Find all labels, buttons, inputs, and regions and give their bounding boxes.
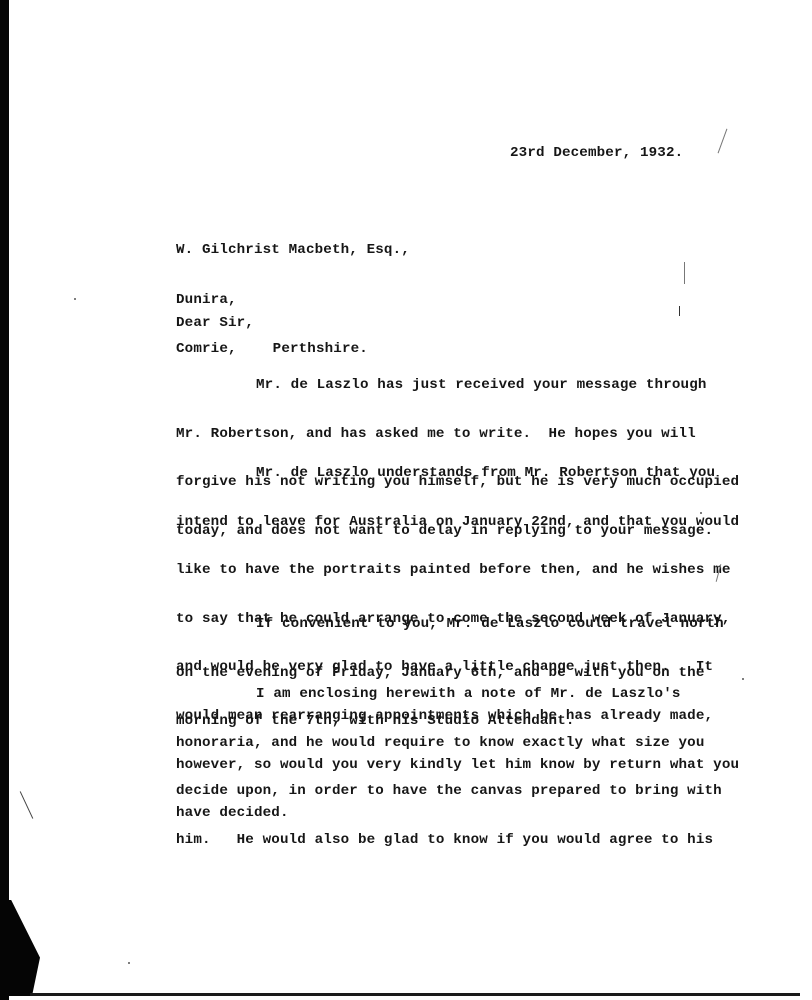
scan-mark (684, 262, 685, 284)
paragraph-line: him. He would also be glad to know if yo… (176, 832, 722, 850)
scan-left-border-corner (0, 900, 40, 996)
scan-left-border (0, 0, 9, 1000)
recipient-house: Dunira, (176, 291, 410, 310)
paragraph-line: Mr. de Laszlo understands from Mr. Rober… (176, 465, 739, 483)
paragraph-line: If convenient to you, Mr. de Laszlo coul… (176, 616, 724, 634)
paragraph-line: like to have the portraits painted befor… (176, 562, 739, 580)
paragraph-line: Mr. de Laszlo has just received your mes… (176, 377, 739, 395)
paragraph-line: decide upon, in order to have the canvas… (176, 783, 722, 801)
scan-speck (128, 962, 130, 964)
recipient-name: W. Gilchrist Macbeth, Esq., (176, 241, 410, 260)
paragraph-line: I am enclosing herewith a note of Mr. de… (176, 686, 722, 704)
paragraph-line: honoraria, and he would require to know … (176, 735, 722, 753)
paragraph-4: I am enclosing herewith a note of Mr. de… (176, 655, 722, 865)
letter-date: 23rd December, 1932. (510, 146, 683, 162)
scan-mark (679, 306, 680, 316)
scan-mark (20, 791, 34, 819)
salutation: Dear Sir, (176, 316, 254, 332)
scan-speck (700, 668, 702, 670)
scan-bottom-border (30, 993, 800, 996)
scan-speck (742, 678, 744, 680)
scan-speck (74, 298, 76, 300)
scan-mark (718, 129, 728, 154)
paragraph-line: intend to leave for Australia on January… (176, 514, 739, 532)
scan-speck (700, 512, 702, 514)
